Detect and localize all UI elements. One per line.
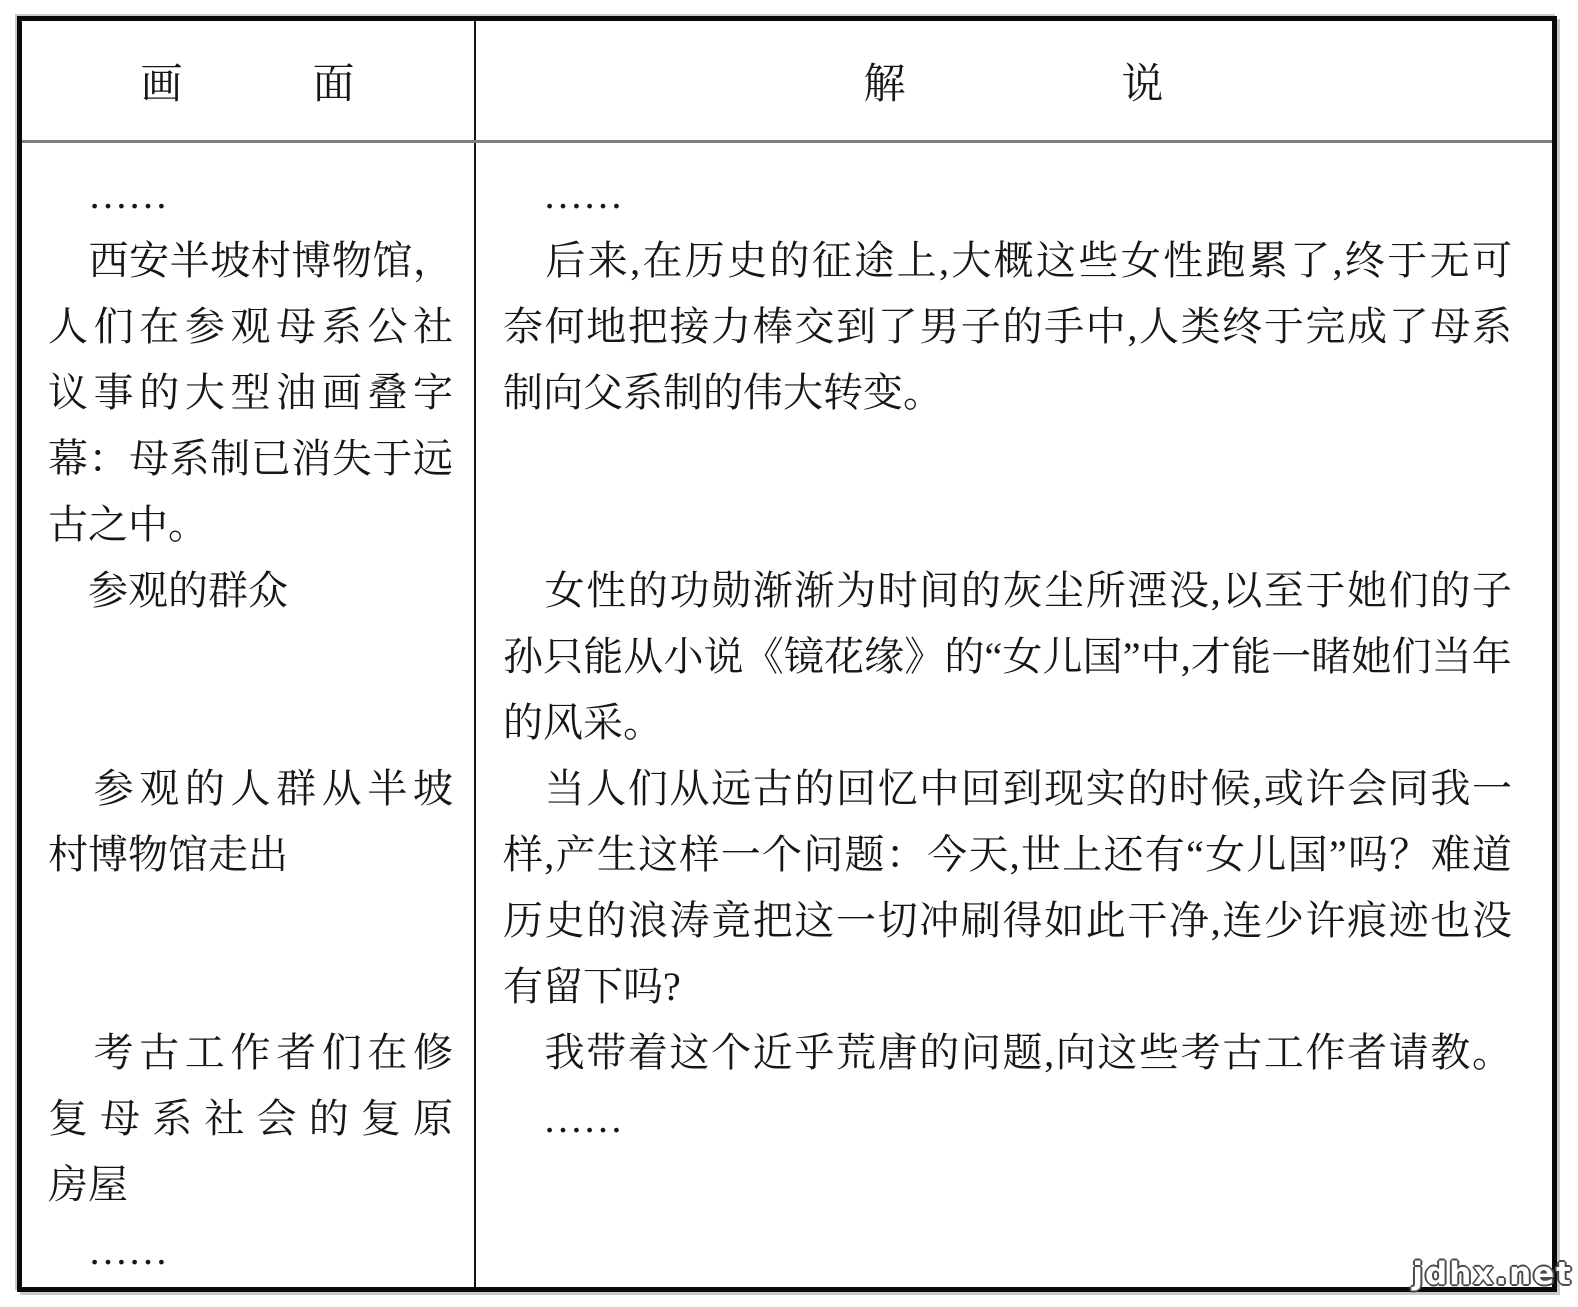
table-header-row: 画 面 解 说	[22, 21, 1552, 143]
text-line: ……	[48, 1218, 453, 1284]
narration-column-cell: …… 后来,在历史的征途上,大概这些女性跑累了,终于无可奈何地把接力棒交到了男子…	[476, 143, 1552, 1287]
text-line	[48, 624, 453, 690]
watermark: jdhx.net	[1412, 1256, 1573, 1292]
text-line	[48, 690, 453, 756]
text-line: 有留下吗?	[503, 954, 1512, 1020]
text-line	[503, 492, 1512, 558]
text-line: 后来,在历史的征途上,大概这些女性跑累了,终于无可	[503, 228, 1512, 294]
text-line: 样,产生这样一个问题：今天,世上还有“女儿国”吗？难道	[503, 822, 1512, 888]
text-line: 复母系社会的复原	[48, 1086, 453, 1152]
scene-column-cell: …… 西安半坡村博物馆，人们在参观母系公社议事的大型油画叠字幕：母系制已消失于远…	[22, 143, 476, 1287]
text-line	[48, 954, 453, 1020]
text-line: 村博物馆走出	[48, 822, 453, 888]
text-line: 制向父系制的伟大转变。	[503, 360, 1512, 426]
table-body-row: …… 西安半坡村博物馆，人们在参观母系公社议事的大型油画叠字幕：母系制已消失于远…	[22, 143, 1552, 1287]
text-line: 古之中。	[48, 492, 453, 558]
text-line: 女性的功勋渐渐为时间的灰尘所湮没,以至于她们的子	[503, 558, 1512, 624]
text-line: 当人们从远古的回忆中回到现实的时候,或许会同我一	[503, 756, 1512, 822]
text-line: 人们在参观母系公社	[48, 294, 453, 360]
text-line: 议事的大型油画叠字	[48, 360, 453, 426]
text-line: 的风采。	[503, 690, 1512, 756]
text-line: 参观的群众	[48, 558, 453, 624]
scene-column-header: 画 面	[22, 21, 476, 140]
text-line: 西安半坡村博物馆，	[48, 228, 453, 294]
text-line: 奈何地把接力棒交到了男子的手中,人类终于完成了母系	[503, 294, 1512, 360]
text-line: 历史的浪涛竟把这一切冲刷得如此干净,连少许痕迹也没	[503, 888, 1512, 954]
text-line: 我带着这个近乎荒唐的问题,向这些考古工作者请教。	[503, 1020, 1512, 1086]
text-line	[48, 888, 453, 954]
text-line: 房屋	[48, 1152, 453, 1218]
text-line: 幕：母系制已消失于远	[48, 426, 453, 492]
script-table: 画 面 解 说 …… 西安半坡村博物馆，人们在参观母系公社议事的大型油画叠字幕：…	[17, 16, 1557, 1292]
text-line: 参观的人群从半坡	[48, 756, 453, 822]
text-line	[503, 426, 1512, 492]
narration-column-header: 解 说	[476, 21, 1552, 140]
text-line: ……	[48, 162, 453, 228]
text-line: ……	[503, 1086, 1512, 1152]
text-line: 孙只能从小说《镜花缘》的“女儿国”中,才能一睹她们当年	[503, 624, 1512, 690]
text-line: ……	[503, 162, 1512, 228]
text-line: 考古工作者们在修	[48, 1020, 453, 1086]
